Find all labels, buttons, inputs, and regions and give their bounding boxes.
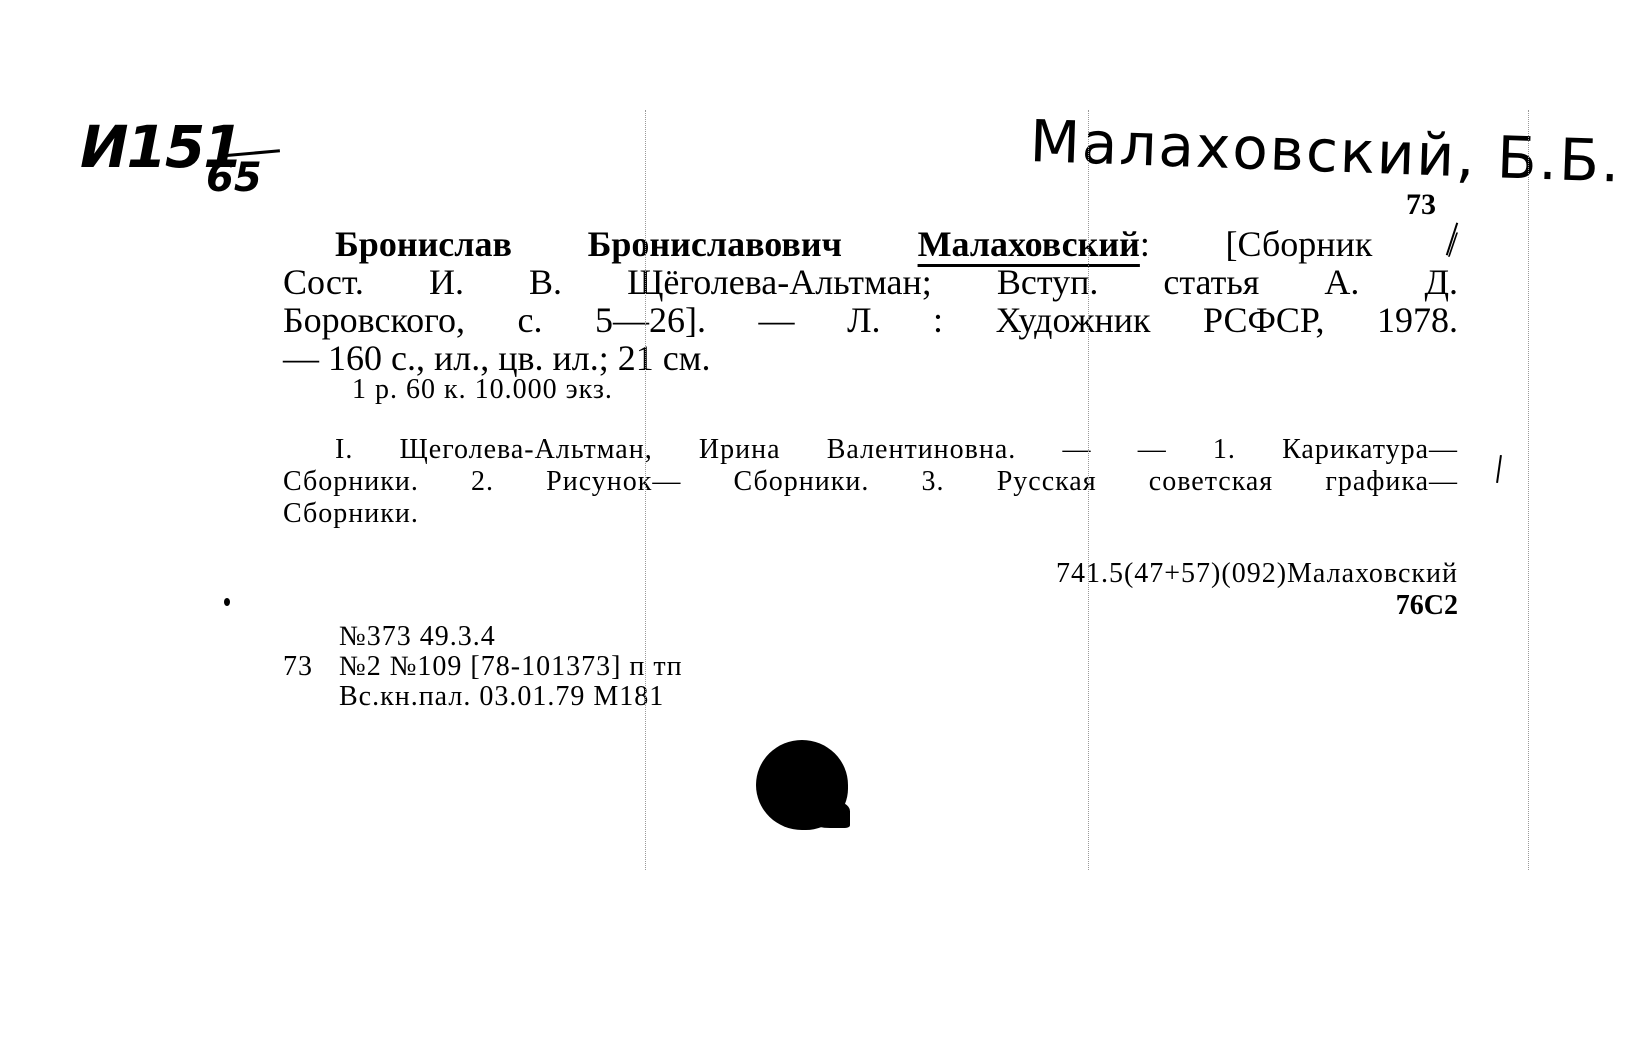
top-number: 73 [1406,190,1436,220]
handwritten-author-heading: Малаховский, Б.Б. [1029,112,1622,191]
registration-prefix: 73 [283,652,339,682]
description-line-1: Бронислав Брониславович Малаховский: [Сб… [283,225,1458,263]
udc-classification: 741.5(47+57)(092)Малаховский [1056,560,1458,588]
scan-artifact-line [1528,110,1530,870]
description-line-3: Боровского, с. 5—26]. — Л. : Художник РС… [283,301,1458,339]
description-line-4: — 160 с., ил., цв. ил.; 21 см. [283,339,1458,377]
scan-artifact-line [1088,110,1090,870]
author-first-names: Бронислав Брониславович [335,224,842,264]
registration-row-1: №373 49.3.4 [283,622,683,652]
ink-speck [224,598,230,606]
registration-row-3: Вс.кн.пал. 03.01.79 М181 [283,682,683,712]
pen-mark [1496,455,1502,483]
catalog-card: И151 65 Малаховский, Б.Б. 73 Бронислав Б… [0,0,1632,1056]
title-start: : [Сборник / [1140,224,1458,264]
tracings-line-1: I. Щеголева-Альтман, Ирина Валентиновна.… [283,434,1458,466]
description-line-2: Сост. И. В. Щёголева-Альтман; Вступ. ста… [283,263,1458,301]
handwritten-shelfmark-subscript: 65 [206,158,262,198]
tracings-line-2: Сборники. 2. Рисунок— Сборники. 3. Русск… [283,466,1458,498]
bbk-code: 76С2 [1396,592,1458,620]
bibliographic-description: Бронислав Брониславович Малаховский: [Сб… [283,225,1458,377]
price-and-print-run: 1 р. 60 к. 10.000 экз. [352,376,613,404]
registration-block: №373 49.3.4 73№2 №109 [78-101373] п тп В… [283,622,683,712]
scan-artifact-line [645,110,647,870]
registration-row-2: 73№2 №109 [78-101373] п тп [283,652,683,682]
tracings-line-3: Сборники. [283,498,1458,530]
author-surname: Малаховский [918,224,1140,264]
tracings: I. Щеголева-Альтман, Ирина Валентиновна.… [283,434,1458,530]
